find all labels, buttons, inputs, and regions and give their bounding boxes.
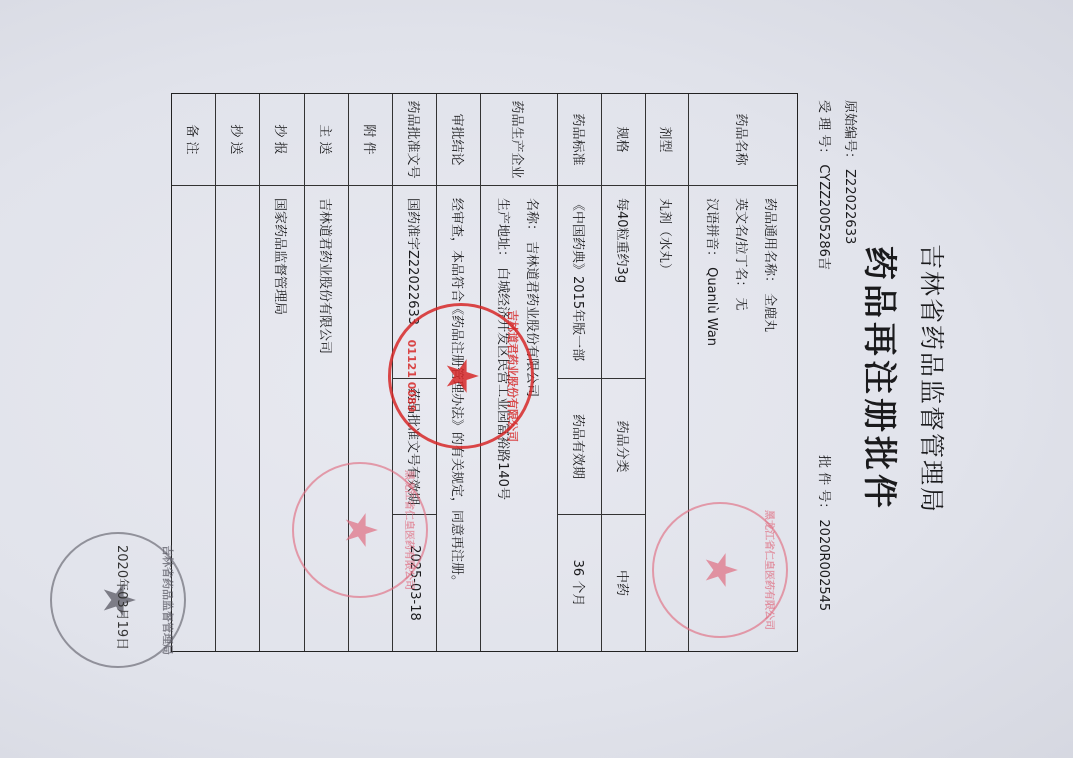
approval-table: 药品名称 药品通用名称： 全鹿丸 英文名/拉丁名： 无 汉语拼音： Quanlù… (171, 93, 798, 652)
issue-date: 2020年03月19日 (114, 545, 133, 650)
label-manufacturer: 药品生产企业 (481, 94, 557, 186)
scanned-document: 吉林省药品监督管理局 药品再注册批件 原始编号： Z22022633 受 理 号… (0, 0, 1073, 758)
row-remarks: 备 注 (172, 94, 216, 651)
value-cc (216, 186, 259, 651)
value-approval-number: 国药准字Z22022633 (393, 186, 436, 379)
label-drug-name: 药品名称 (689, 94, 797, 186)
label-main-recipient: 主 送 (305, 94, 348, 186)
approval-number-label: 批 件 号： (816, 455, 831, 515)
label-report-to: 抄 报 (260, 94, 304, 186)
generic-name: 药品通用名称： 全鹿丸 (763, 198, 782, 332)
manufacturer-name: 名称： 吉林道君药业股份有限公司 (524, 198, 543, 397)
row-manufacturer: 药品生产企业 名称： 吉林道君药业股份有限公司 生产地址： 白城经济开发区民营工… (481, 94, 558, 651)
row-dosage-form: 剂型 丸剂（水丸） (646, 94, 689, 651)
row-standard: 药品标准 《中国药典》2015年版一部 药品有效期 36 个月 (558, 94, 602, 651)
value-shelf-life: 36 个月 (558, 515, 601, 651)
label-shelf-life: 药品有效期 (558, 379, 601, 515)
row-cc: 抄 送 (216, 94, 260, 651)
row-main-recipient: 主 送 吉林道君药业股份有限公司 (305, 94, 349, 651)
label-standard: 药品标准 (558, 94, 601, 186)
value-specification: 每40粒重约3g (602, 186, 645, 379)
value-attachment (349, 186, 392, 651)
acceptance-number-label: 受 理 号： (816, 100, 831, 160)
english-name: 英文名/拉丁名： 无 (734, 198, 753, 311)
label-remarks: 备 注 (172, 94, 215, 186)
label-attachment: 附 件 (349, 94, 392, 186)
manufacturer-address: 生产地址： 白城经济开发区民营工业园富裕路140号 (495, 198, 514, 500)
original-number-value: Z22022633 (842, 169, 857, 244)
value-standard: 《中国药典》2015年版一部 (558, 186, 601, 379)
value-remarks (172, 186, 215, 651)
row-drug-name: 药品名称 药品通用名称： 全鹿丸 英文名/拉丁名： 无 汉语拼音： Quanlù… (689, 94, 797, 651)
value-report-to: 国家药品监督管理局 (260, 186, 304, 651)
value-standard-group: 《中国药典》2015年版一部 药品有效期 36 个月 (558, 186, 601, 651)
value-manufacturer: 名称： 吉林道君药业股份有限公司 生产地址： 白城经济开发区民营工业园富裕路14… (481, 186, 557, 651)
label-specification: 规格 (602, 94, 645, 186)
original-number-label: 原始编号： (842, 100, 857, 165)
approval-number: 批 件 号： 2020R002545 (816, 455, 835, 611)
value-conclusion: 经审查，本品符合《药品注册管理办法》的有关规定，同意再注册。 (437, 186, 480, 651)
acceptance-number: 受 理 号： CYZZ2005286吉 (816, 100, 835, 270)
pinyin-name: 汉语拼音： Quanlù Wan (705, 198, 724, 346)
value-drug-category: 中药 (602, 515, 645, 651)
row-report-to: 抄 报 国家药品监督管理局 (260, 94, 305, 651)
row-approval-number: 药品批准文号 国药准字Z22022633 药品批准文号有效期 2025-03-1… (393, 94, 437, 651)
value-approval-validity: 2025-03-18 (393, 515, 436, 651)
value-main-recipient: 吉林道君药业股份有限公司 (305, 186, 348, 651)
value-dosage-form: 丸剂（水丸） (646, 186, 688, 651)
label-approval-number: 药品批准文号 (393, 94, 436, 186)
approval-number-value: 2020R002545 (816, 519, 831, 611)
approval-certificate-page: 吉林省药品监督管理局 药品再注册批件 原始编号： Z22022633 受 理 号… (0, 0, 1073, 758)
value-drug-name: 药品通用名称： 全鹿丸 英文名/拉丁名： 无 汉语拼音： Quanlù Wan (689, 186, 797, 651)
label-cc: 抄 送 (216, 94, 259, 186)
label-conclusion: 审批结论 (437, 94, 480, 186)
original-number: 原始编号： Z22022633 (842, 100, 861, 244)
value-specification-group: 每40粒重约3g 药品分类 中药 (602, 186, 645, 651)
row-specification: 规格 每40粒重约3g 药品分类 中药 (602, 94, 646, 651)
acceptance-number-value: CYZZ2005286吉 (816, 164, 831, 270)
row-conclusion: 审批结论 经审查，本品符合《药品注册管理办法》的有关规定，同意再注册。 (437, 94, 481, 651)
value-approval-number-group: 国药准字Z22022633 药品批准文号有效期 2025-03-18 (393, 186, 436, 651)
document-title: 药品再注册批件 (858, 0, 907, 758)
label-drug-category: 药品分类 (602, 379, 645, 515)
label-dosage-form: 剂型 (646, 94, 688, 186)
issuing-agency: 吉林省药品监督管理局 (915, 0, 951, 758)
row-attachment: 附 件 (349, 94, 393, 651)
label-approval-validity: 药品批准文号有效期 (393, 379, 436, 515)
